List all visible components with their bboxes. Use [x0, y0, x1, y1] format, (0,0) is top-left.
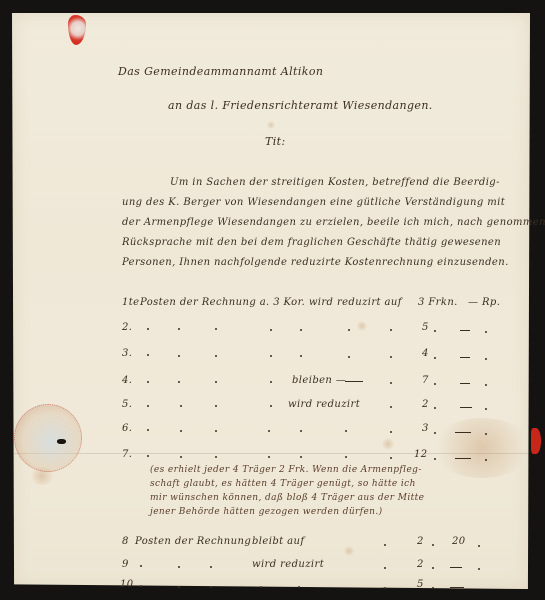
- item-text: Posten der Rechnung a. 3 Kor. wird reduz…: [140, 298, 402, 308]
- sender-line: Das Gemeindeammannamt Altikon: [118, 66, 323, 77]
- item-number: 5.: [122, 400, 132, 410]
- round-postmark-stamp: [14, 404, 82, 472]
- item-amount: 3: [422, 424, 429, 434]
- water-stain: [432, 418, 532, 478]
- item-status: bleibt auf: [252, 537, 304, 547]
- item-text: Posten der Rechnung: [135, 537, 251, 547]
- note-line: mir wünschen können, daß bloß 4 Träger a…: [150, 494, 424, 503]
- item-amount: 5: [417, 580, 424, 590]
- spot-stain: [267, 121, 275, 129]
- item-number: 9: [122, 560, 129, 570]
- body-line: Rücksprache mit den bei dem fraglichen G…: [122, 238, 501, 248]
- spot-stain: [344, 546, 354, 556]
- item-number: 8: [122, 537, 129, 547]
- item-number: 7.: [122, 450, 132, 460]
- stamp-hole: [57, 439, 66, 444]
- salutation: Tit:: [265, 136, 286, 147]
- item-status: wird reduzirt: [252, 560, 324, 570]
- red-wax-seal-right: [531, 428, 541, 454]
- spot-stain: [357, 321, 367, 331]
- item-amount: 12: [414, 450, 428, 460]
- item-rappen: 20: [452, 537, 466, 547]
- note-line: (es erhielt jeder 4 Träger 2 Frk. Wenn d…: [150, 466, 422, 475]
- item-text: bleiben —: [292, 376, 346, 386]
- item-amount: 5: [422, 323, 429, 333]
- item-amount: 7: [422, 376, 429, 386]
- item-number: 4.: [122, 376, 132, 386]
- recipient-line: an das l. Friedensrichteramt Wiesendange…: [168, 100, 433, 111]
- body-line: Um in Sachen der streitigen Kosten, betr…: [170, 178, 500, 188]
- item-rappen: — Rp.: [468, 298, 500, 308]
- item-amount: 2: [422, 400, 429, 410]
- item-number: 1te: [122, 298, 140, 308]
- item-number: 10: [120, 580, 134, 590]
- item-number: 6.: [122, 424, 132, 434]
- item-number: 2.: [122, 323, 132, 333]
- spot-stain: [238, 585, 247, 594]
- body-line: der Armenpflege Wiesendangen zu erzielen…: [122, 218, 545, 228]
- document-scan: Das Gemeindeammannamt Altikon an das l. …: [0, 0, 545, 600]
- body-line: ung des K. Berger von Wiesendangen eine …: [122, 198, 505, 208]
- item-amount: 2: [417, 560, 424, 570]
- note-line: schaft glaubt, es hätten 4 Träger genügt…: [150, 480, 416, 489]
- note-line: jener Behörde hätten gezogen werden dürf…: [150, 508, 383, 517]
- item-number: 3.: [122, 349, 132, 359]
- spot-stain: [382, 438, 394, 450]
- body-line: Personen, Ihnen nachfolgende reduzirte K…: [122, 258, 509, 268]
- item-amount: 3 Frkn.: [418, 298, 458, 308]
- item-amount: 2: [417, 537, 424, 547]
- item-amount: 4: [422, 349, 429, 359]
- item-text: wird reduzirt: [288, 400, 360, 410]
